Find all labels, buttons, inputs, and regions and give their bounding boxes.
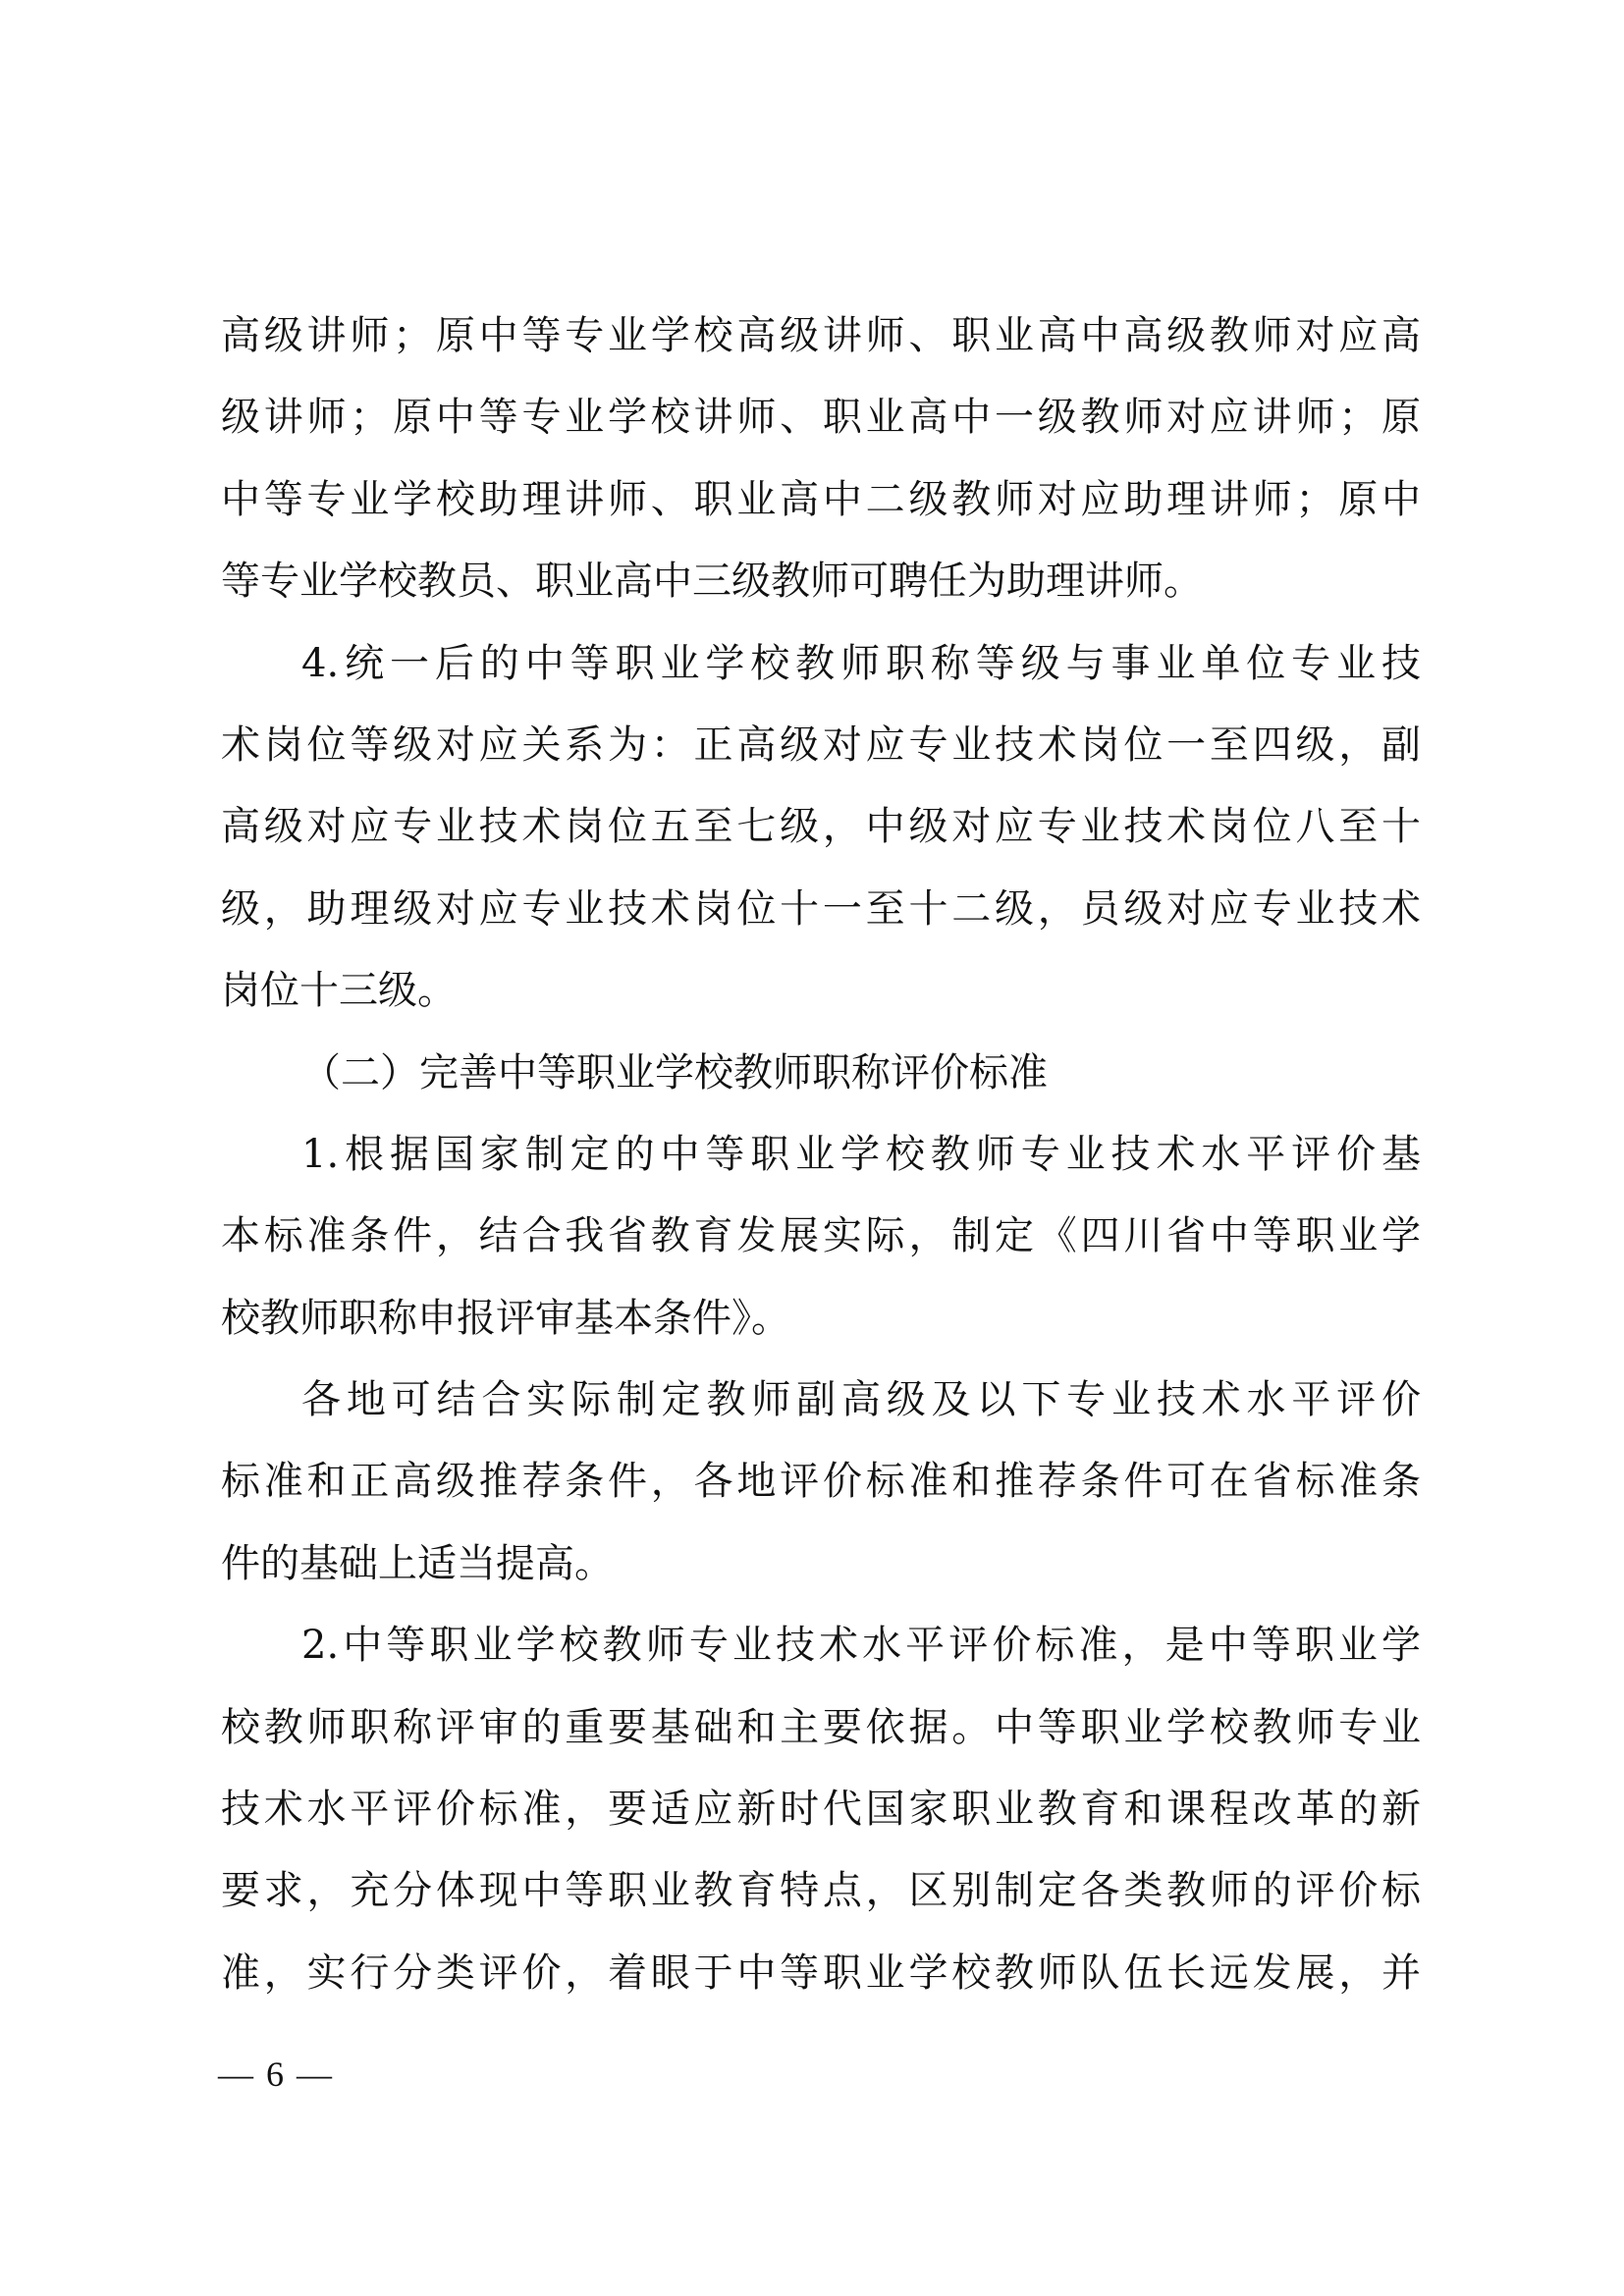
text-line: 等专业学校教员、职业高中三级教师可聘任为助理讲师。 [221,550,1421,631]
text-line: 校教师职称申报评审基本条件》。 [221,1287,1421,1368]
text-line: 4.统一后的中等职业学校教师职称等级与事业单位专业技 [221,632,1421,714]
body-text: 高级讲师；原中等专业学校高级讲师、职业高中高级教师对应高 级讲师；原中等专业学校… [221,304,1421,2023]
text-line: 中等专业学校助理讲师、职业高中二级教师对应助理讲师；原中 [221,468,1421,550]
page-number: — 6 — [218,2054,334,2095]
paragraph-local-standards: 各地可结合实际制定教师副高级及以下专业技术水平评价 标准和正高级推荐条件，各地评… [221,1368,1421,1614]
text-line: 岗位十三级。 [221,959,1421,1041]
paragraph-item-1: 1.根据国家制定的中等职业学校教师专业技术水平评价基 本标准条件，结合我省教育发… [221,1123,1421,1368]
text-line: 1.根据国家制定的中等职业学校教师专业技术水平评价基 [221,1123,1421,1204]
paragraph-continued: 高级讲师；原中等专业学校高级讲师、职业高中高级教师对应高 级讲师；原中等专业学校… [221,304,1421,632]
section-heading: （二）完善中等职业学校教师职称评价标准 [221,1041,1421,1123]
document-page: 高级讲师；原中等专业学校高级讲师、职业高中高级教师对应高 级讲师；原中等专业学校… [0,0,1624,2296]
text-line: 高级对应专业技术岗位五至七级，中级对应专业技术岗位八至十 [221,795,1421,877]
text-line: 标准和正高级推荐条件，各地评价标准和推荐条件可在省标准条 [221,1450,1421,1531]
paragraph-item-4: 4.统一后的中等职业学校教师职称等级与事业单位专业技 术岗位等级对应关系为：正高… [221,632,1421,1041]
section-heading-text: （二）完善中等职业学校教师职称评价标准 [221,1041,1421,1123]
text-line: 高级讲师；原中等专业学校高级讲师、职业高中高级教师对应高 [221,304,1421,386]
text-line: 级，助理级对应专业技术岗位十一至十二级，员级对应专业技术 [221,878,1421,959]
text-line: 本标准条件，结合我省教育发展实际，制定《四川省中等职业学 [221,1204,1421,1286]
text-line: 准，实行分类评价，着眼于中等职业学校教师队伍长远发展，并 [221,1942,1421,2023]
text-line: 各地可结合实际制定教师副高级及以下专业技术水平评价 [221,1368,1421,1450]
text-line: 2.中等职业学校教师专业技术水平评价标准，是中等职业学 [221,1614,1421,1695]
text-line: 件的基础上适当提高。 [221,1532,1421,1614]
text-line: 术岗位等级对应关系为：正高级对应专业技术岗位一至四级，副 [221,714,1421,795]
text-line: 技术水平评价标准，要适应新时代国家职业教育和课程改革的新 [221,1778,1421,1859]
text-line: 要求，充分体现中等职业教育特点，区别制定各类教师的评价标 [221,1859,1421,1941]
text-line: 校教师职称评审的重要基础和主要依据。中等职业学校教师专业 [221,1696,1421,1778]
text-line: 级讲师；原中等专业学校讲师、职业高中一级教师对应讲师；原 [221,386,1421,467]
paragraph-item-2: 2.中等职业学校教师专业技术水平评价标准，是中等职业学 校教师职称评审的重要基础… [221,1614,1421,2023]
